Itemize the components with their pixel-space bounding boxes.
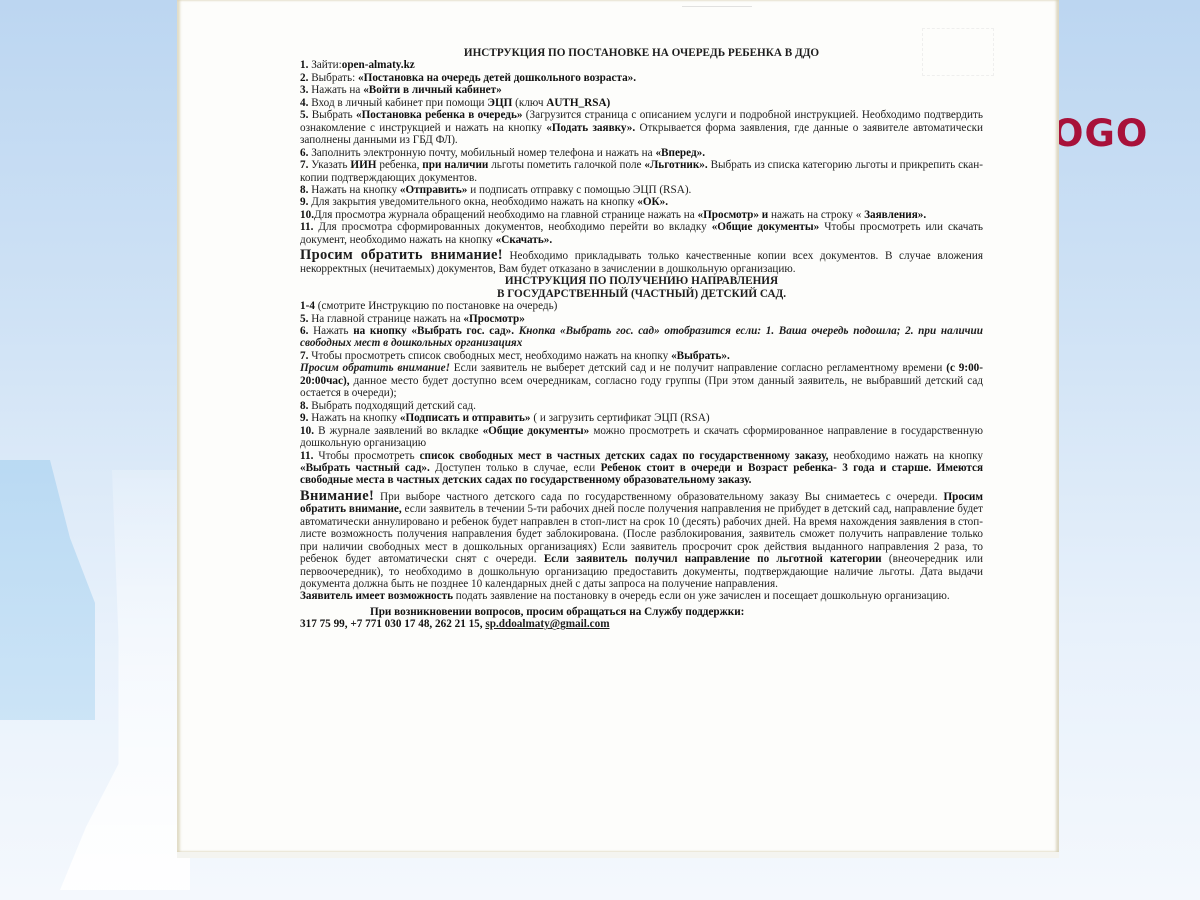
text-run: «ОК». [637,196,668,208]
text-run: Чтобы просмотреть [313,450,419,462]
text-run: «Скачать». [496,234,553,246]
background-decoration-shape [0,460,100,720]
text-run: Для закрытия уведомительного окна, необх… [308,196,637,208]
text-run: Если заявитель не выберет детский сад и … [450,362,946,374]
text-run: ИИН [350,159,376,171]
step-number: 1-4 [300,300,315,312]
instruction-step: 4. Вход в личный кабинет при помощи ЭЦП … [300,97,983,109]
instruction-step: 7. Указать ИИН ребенка, при наличии льго… [300,159,983,184]
text-run: «Вперед». [655,147,705,159]
text-run: «Просмотр» и [698,209,769,221]
text-run: (смотрите Инструкцию по постановке на оч… [315,300,558,312]
text-run: «Подать заявку». [546,122,635,134]
text-run: Выбрать [308,109,356,121]
text-run: ( и загрузить сертификат ЭЦП (RSA) [531,412,710,424]
instruction-step: 2. Выбрать: «Постановка на очередь детей… [300,72,983,84]
scan-artifact [682,6,752,11]
text-run: «Просмотр» [463,313,524,325]
text-run: нажать на строку « [768,209,864,221]
text-run: «Общие документы» [483,425,590,437]
instruction-step: 5. На главной странице нажать на «Просмо… [300,313,983,325]
notice-applicant-possibility: Заявитель имеет возможность подать заявл… [300,590,983,602]
title-referral-instruction-line1: ИНСТРУКЦИЯ ПО ПОЛУЧЕНИЮ НАПРАВЛЕНИЯ [300,275,983,287]
instruction-step: 11. Чтобы просмотреть список свободных м… [300,450,983,487]
text-run: «Постановка на очередь детей дошкольного… [358,72,636,84]
support-contacts: 317 75 99, +7 771 030 17 48, 262 21 15, … [300,618,983,630]
step-number: 11. [300,450,313,462]
text-run: ребенка, [376,159,422,171]
instruction-step: 10. В журнале заявлений во вкладке «Общи… [300,425,983,450]
text-run: «Льготник». [644,159,707,171]
text-run: список свободных мест в частных детских … [420,450,829,462]
text-run: «Общие документы» [712,221,820,233]
text-run: ЭЦП [487,97,512,109]
instruction-step: 1-4 (смотрите Инструкцию по постановке н… [300,300,983,312]
text-run: Вход в личный кабинет при помощи [308,97,487,109]
text-run: «Постановка ребенка в очередь» [356,109,522,121]
text-run: AUTH_RSA) [546,97,610,109]
text-run: Указать [308,159,350,171]
text-run: open-almaty.kz [342,59,415,71]
text-run: Выбрать подходящий детский сад. [308,400,476,412]
text-run: «Отправить» [400,184,468,196]
text-run: Доступен только в случае, если [430,462,601,474]
text-run: «Подписать и отправить» [400,412,531,424]
text-run: Зайти: [308,59,341,71]
title-queue-instruction: ИНСТРУКЦИЯ ПО ПОСТАНОВКЕ НА ОЧЕРЕДЬ РЕБЕ… [300,47,983,59]
text-run: льготы пометить галочкой поле [488,159,644,171]
text-run: Заполнить электронную почту, мобильный н… [308,147,655,159]
step-number: 10. [300,425,314,437]
instruction-step: 10.Для просмотра журнала обращений необх… [300,209,983,221]
text-run: и подписать отправку с помощью ЭЦП (RSA)… [467,184,691,196]
step-number: 11. [300,221,313,233]
instruction-step: 8. Нажать на кнопку «Отправить» и подпис… [300,184,983,196]
notice-heading: Просим обратить внимание! [300,247,503,263]
text-run: Для просмотра сформированных документов,… [313,221,711,233]
instruction-step: 5. Выбрать «Постановка ребенка в очередь… [300,109,983,146]
queue-steps-list: 1. Зайти:open-almaty.kz2. Выбрать: «Пост… [300,59,983,246]
step-number: 10. [300,209,314,221]
support-heading: При возникновении вопросов, просим обращ… [300,606,983,618]
text-run: Нажать на кнопку [308,184,399,196]
scanned-document-page: ИНСТРУКЦИЯ ПО ПОСТАНОВКЕ НА ОЧЕРЕДЬ РЕБЕ… [177,0,1059,858]
notice-quality-copies: Просим обратить внимание! Необходимо при… [300,249,983,275]
slide-logo: OGO [1052,112,1148,155]
text-run: «Выбрать». [671,350,730,362]
instruction-step: Просим обратить внимание! Если заявитель… [300,362,983,399]
referral-steps-list: 1-4 (смотрите Инструкцию по постановке н… [300,300,983,487]
text-run: Если заявитель получил направление по ль… [544,553,882,565]
instruction-step: 1. Зайти:open-almaty.kz [300,59,983,71]
instruction-step: 7. Чтобы просмотреть список свободных ме… [300,350,983,362]
text-run: подать заявление на постановку в очередь… [453,590,950,602]
text-run: На главной странице нажать на [308,313,463,325]
support-phones: 317 75 99, +7 771 030 17 48, 262 21 15, [300,618,485,630]
instruction-step: 6. Заполнить электронную почту, мобильны… [300,147,983,159]
text-run: Нажать на кнопку [308,412,399,424]
text-run: Заявитель имеет возможность [300,590,453,602]
text-run: «Выбрать частный сад». [300,462,430,474]
text-run: на кнопку «Выбрать гос. сад». [353,325,514,337]
instruction-step: 8. Выбрать подходящий детский сад. [300,400,983,412]
attention-heading: Внимание! [300,488,374,504]
text-run: Просим обратить внимание! [300,362,450,374]
instruction-step: 9. Для закрытия уведомительного окна, не… [300,196,983,208]
instruction-step: 6. Нажать на кнопку «Выбрать гос. сад». … [300,325,983,350]
text-run: Нажать [308,325,353,337]
text-run: при наличии [422,159,488,171]
text-run: Нажать на [308,84,363,96]
text-run: необходимо нажать на кнопку [828,450,983,462]
text-run: данное место будет доступно всем очередн… [300,375,983,399]
notice-attention: Внимание! При выборе частного детского с… [300,490,983,591]
instruction-step: 11. Для просмотра сформированных докумен… [300,221,983,246]
text-run: В журнале заявлений во вкладке [314,425,483,437]
text-run: (ключ [512,97,546,109]
text-run: При выборе частного детского сада по гос… [374,491,943,503]
text-run: Для просмотра журнала обращений необходи… [314,209,698,221]
instruction-step: 3. Нажать на «Войти в личный кабинет» [300,84,983,96]
document-body: ИНСТРУКЦИЯ ПО ПОСТАНОВКЕ НА ОЧЕРЕДЬ РЕБЕ… [300,47,983,631]
support-email-link[interactable]: sp.ddoalmaty@gmail.com [485,618,609,630]
text-run: Чтобы просмотреть список свободных мест,… [308,350,671,362]
title-referral-instruction-line2: В ГОСУДАРСТВЕННЫЙ (ЧАСТНЫЙ) ДЕТСКИЙ САД. [300,288,983,300]
text-run: Заявления». [864,209,926,221]
instruction-step: 9. Нажать на кнопку «Подписать и отправи… [300,412,983,424]
text-run: Выбрать: [308,72,358,84]
text-run: «Войти в личный кабинет» [363,84,502,96]
